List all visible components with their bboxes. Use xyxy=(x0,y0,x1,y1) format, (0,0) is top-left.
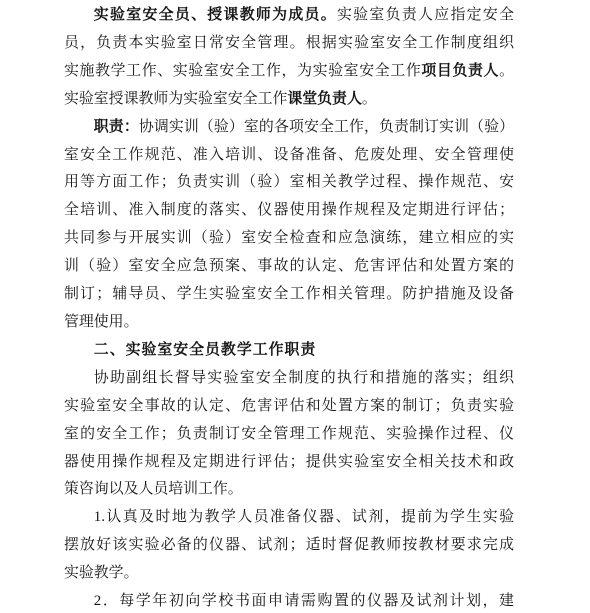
text-run: 训（验）室安全应急预案、事故的认定、危害评估和处置方案的 xyxy=(64,258,514,274)
text-line: 员，负责本实验室日常安全管理。根据实验室安全工作制度组织 xyxy=(64,30,514,58)
text-run: 共同参与开展实训（验）室安全检查和应急演练，建立相应的实 xyxy=(64,230,514,246)
document-page: 实验室安全员、授课教师为成员。实验室负责人应指定安全员，负责本实验室日常安全管理… xyxy=(0,0,590,613)
text-line: 制订；辅导员、学生实验室安全工作相关管理。防护措施及设备 xyxy=(64,281,514,309)
text-line: 全培训、准入制度的落实、仪器使用操作规程及定期进行评估； xyxy=(64,197,514,225)
text-run: 协助副组长督导实验室安全制度的执行和措施的落实；组织 xyxy=(94,370,514,386)
text-run: 器使用操作规程及定期进行评估；提供实验室安全相关技术和政 xyxy=(64,454,514,470)
text-line: 室安全工作规范、准入培训、设备准备、危废处理、安全管理使 xyxy=(64,142,514,170)
text-run: 实施教学工作、实验室安全工作，为实验室安全工作 xyxy=(64,63,421,79)
text-line: 实验室授课教师为实验室安全工作课堂负责人。 xyxy=(64,86,514,114)
bold-text-run: 实验室安全员、授课教师为成员。 xyxy=(94,7,337,23)
text-run: 制订；辅导员、学生实验室安全工作相关管理。防护措施及设备 xyxy=(64,286,514,302)
bold-text-run: 二、实验室安全员教学工作职责 xyxy=(94,342,316,358)
text-line: 共同参与开展实训（验）室安全检查和应急演练，建立相应的实 xyxy=(64,225,514,253)
text-run: 2．每学年初向学校书面申请需购置的仪器及试剂计划，建 xyxy=(94,593,514,609)
text-run: 实验室安全事故的认定、危害评估和处置方案的制订；负责实验 xyxy=(64,398,514,414)
section-heading: 二、实验室安全员教学工作职责 xyxy=(64,337,514,365)
text-run: 室的安全工作；负责制订安全管理工作规范、实验操作过程、仪 xyxy=(64,426,514,442)
bold-text-run: 职责： xyxy=(94,119,139,135)
bold-text-run: 课堂负责人 xyxy=(287,91,361,107)
text-run: 协调实训（验）室的各项安全工作，负责制订实训（验） xyxy=(139,119,514,135)
text-line: 策咨询以及人员培训工作。 xyxy=(64,476,514,504)
text-line: 实验教学。 xyxy=(64,560,514,588)
text-line: 室的安全工作；负责制订安全管理工作规范、实验操作过程、仪 xyxy=(64,421,514,449)
text-run: 摆放好该实验必备的仪器、试剂；适时督促教师按教材要求完成 xyxy=(64,537,514,553)
text-line: 协助副组长督导实验室安全制度的执行和措施的落实；组织 xyxy=(64,365,514,393)
text-run: 实验室负责人应指定安全 xyxy=(337,7,514,23)
text-line: 职责：协调实训（验）室的各项安全工作，负责制订实训（验） xyxy=(64,114,514,142)
text-run: 用等方面工作；负责实训（验）室相关教学过程、操作规范、安 xyxy=(64,174,514,190)
bold-text-run: 项目负责人 xyxy=(421,63,499,79)
text-run: 员，负责本实验室日常安全管理。根据实验室安全工作制度组织 xyxy=(64,35,514,51)
text-line: 实施教学工作、实验室安全工作，为实验室安全工作项目负责人。 xyxy=(64,58,514,86)
text-run: 1.认真及时地为教学人员准备仪器、试剂，提前为学生实验 xyxy=(94,509,514,525)
text-line: 训（验）室安全应急预案、事故的认定、危害评估和处置方案的 xyxy=(64,253,514,281)
text-run: 室安全工作规范、准入培训、设备准备、危废处理、安全管理使 xyxy=(64,147,514,163)
text-run: 实验室授课教师为实验室安全工作 xyxy=(64,91,287,107)
text-line: 1.认真及时地为教学人员准备仪器、试剂，提前为学生实验 xyxy=(64,504,514,532)
text-line: 实验室安全事故的认定、危害评估和处置方案的制订；负责实验 xyxy=(64,393,514,421)
text-line: 2．每学年初向学校书面申请需购置的仪器及试剂计划，建 xyxy=(64,588,514,613)
text-line: 摆放好该实验必备的仪器、试剂；适时督促教师按教材要求完成 xyxy=(64,532,514,560)
text-line: 管理使用。 xyxy=(64,309,514,337)
text-run: 全培训、准入制度的落实、仪器使用操作规程及定期进行评估； xyxy=(64,202,514,218)
text-run: 实验教学。 xyxy=(64,565,138,581)
text-line: 器使用操作规程及定期进行评估；提供实验室安全相关技术和政 xyxy=(64,449,514,477)
text-run: 。 xyxy=(362,91,377,107)
document-text-block: 实验室安全员、授课教师为成员。实验室负责人应指定安全员，负责本实验室日常安全管理… xyxy=(64,2,514,613)
text-run: 管理使用。 xyxy=(64,314,138,330)
text-line: 用等方面工作；负责实训（验）室相关教学过程、操作规范、安 xyxy=(64,169,514,197)
text-line: 实验室安全员、授课教师为成员。实验室负责人应指定安全 xyxy=(64,2,514,30)
text-run: 。 xyxy=(499,63,514,79)
text-run: 策咨询以及人员培训工作。 xyxy=(64,481,243,497)
